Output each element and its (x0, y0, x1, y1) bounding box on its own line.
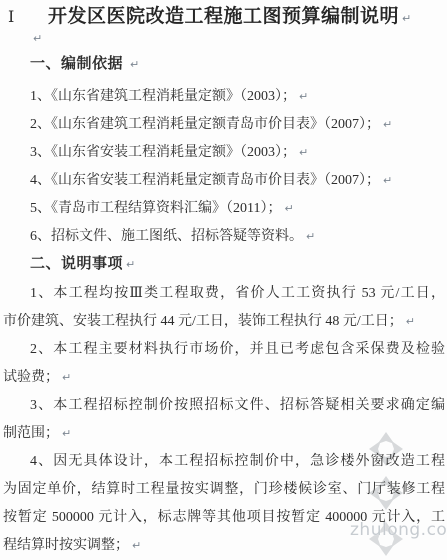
paragraph-mark: ↵ (306, 230, 315, 243)
paragraph-line-text: 市价建筑、安装工程执行 44 元/工日，装饰工程执行 48 元/工日； (3, 314, 403, 329)
section-marker: Ⅰ (8, 7, 14, 27)
document-page: zhulong.com Ⅰ 开发区医院改造工程施工图预算编制说明↵ ↵ 一、编制… (0, 0, 447, 560)
list-item: 6、招标文件、施工图纸、招标答疑等资料。↵ (30, 227, 445, 249)
paragraph-mark: ↵ (299, 90, 308, 103)
list-item-text: 6、招标文件、施工图纸、招标答疑等资料。 (30, 229, 303, 244)
paragraph-line-text: 3、本工程招标控制价按照招标文件、招标答疑相关要求确定编 (30, 398, 445, 413)
list-item: 2、《山东省建筑工程消耗量定额青岛市价目表》（2007）；↵ (30, 115, 445, 137)
paragraph-mark: ↵ (406, 315, 415, 328)
list-item-text: 3、《山东省安装工程消耗量定额》（2003）； (30, 145, 296, 160)
doc-title: 开发区医院改造工程施工图预算编制说明↵ (48, 5, 445, 31)
paragraph-line: 3、本工程招标控制价按照招标文件、招标答疑相关要求确定编 (30, 396, 445, 418)
list-item-text: 5、《青岛市工程结算资料汇编》（2011）； (30, 201, 281, 216)
list-item: 5、《青岛市工程结算资料汇编》（2011）；↵ (30, 199, 445, 221)
paragraph-line: 市价建筑、安装工程执行 44 元/工日，装饰工程执行 48 元/工日；↵ (3, 312, 445, 334)
paragraph-mark: ↵ (132, 539, 141, 552)
paragraph-line-text: 2、本工程主要材料执行市场价，并且已考虑包含采保费及检验 (30, 342, 445, 357)
heading-basis-text: 一、编制依据 (30, 56, 123, 72)
heading-basis: 一、编制依据↵ (30, 54, 445, 76)
paragraph-line: 1、本工程均按Ⅲ类工程取费，省价人工工资执行 53 元/工日， (30, 284, 445, 306)
paragraph-mark: ↵ (402, 12, 411, 25)
doc-title-text: 开发区医院改造工程施工图预算编制说明 (48, 6, 399, 27)
paragraph-line: 试验费；↵ (3, 368, 445, 390)
paragraph-mark: ↵ (126, 258, 135, 271)
paragraph-mark: ↵ (62, 371, 71, 384)
list-item-text: 1、《山东省建筑工程消耗量定额》（2003）； (30, 89, 296, 104)
paragraph-line-text: 1、本工程均按Ⅲ类工程取费，省价人工工资执行 53 元/工日， (30, 286, 445, 301)
paragraph-mark: ↵ (130, 58, 139, 71)
paragraph-mark: ↵ (62, 427, 71, 440)
list-item: 1、《山东省建筑工程消耗量定额》（2003）；↵ (30, 87, 445, 109)
paragraph-line: 4、因无具体设计，本工程招标控制价中，急诊楼外窗改造工程 (30, 452, 445, 474)
paragraph-line: 程结算时按实调整；↵ (3, 536, 445, 558)
paragraph-line-text: 按暂定 500000 元计入，标志牌等其他项目按暂定 400000 元计入，工 (3, 510, 445, 525)
list-item: 3、《山东省安装工程消耗量定额》（2003）；↵ (30, 143, 445, 165)
paragraph-line: 2、本工程主要材料执行市场价，并且已考虑包含采保费及检验 (30, 340, 445, 362)
paragraph-line: 按暂定 500000 元计入，标志牌等其他项目按暂定 400000 元计入，工 (3, 508, 445, 530)
paragraph-line-text: 为固定单价，结算时工程量按实调整，门珍楼候诊室、门厅装修工程 (3, 482, 445, 497)
paragraph-line-text: 试验费； (3, 370, 59, 385)
paragraph-mark: ↵ (299, 146, 308, 159)
paragraph-line: 为固定单价，结算时工程量按实调整，门珍楼候诊室、门厅装修工程 (3, 480, 445, 502)
paragraph-mark: ↵ (383, 174, 392, 187)
paragraph-line-text: 4、因无具体设计，本工程招标控制价中，急诊楼外窗改造工程 (30, 454, 445, 469)
paragraph-line-text: 制范围； (3, 426, 59, 441)
heading-notes-text: 二、说明事项 (30, 256, 123, 272)
empty-line-paragraph-mark: ↵ (33, 32, 42, 45)
list-item-text: 4、《山东省安装工程消耗量定额青岛市价目表》（2007）； (30, 173, 380, 188)
heading-notes: 二、说明事项↵ (30, 254, 445, 276)
paragraph-line-text: 程结算时按实调整； (3, 538, 129, 553)
list-item: 4、《山东省安装工程消耗量定额青岛市价目表》（2007）；↵ (30, 171, 445, 193)
paragraph-mark: ↵ (284, 202, 293, 215)
list-item-text: 2、《山东省建筑工程消耗量定额青岛市价目表》（2007）； (30, 117, 380, 132)
paragraph-mark: ↵ (383, 118, 392, 131)
paragraph-line: 制范围；↵ (3, 424, 445, 446)
